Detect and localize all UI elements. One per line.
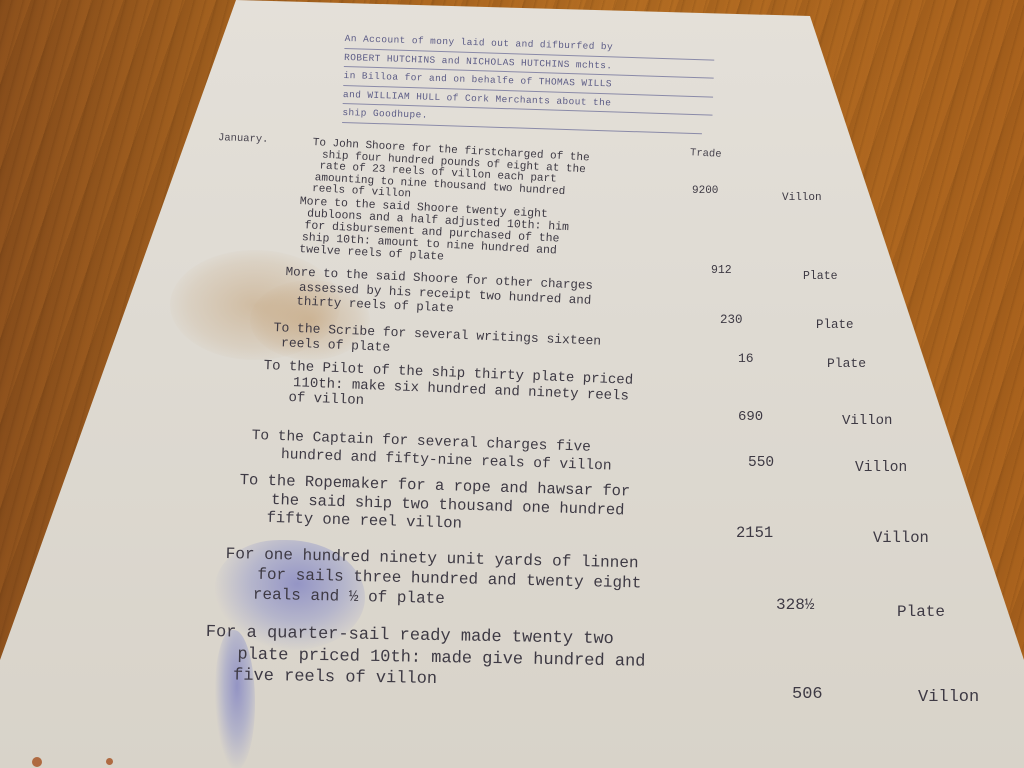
- entry-amount: 506: [792, 685, 823, 704]
- document-header: An Account of mony laid out and difburfe…: [342, 30, 715, 134]
- entry-currency: Plate: [827, 356, 866, 371]
- rust-spot: [32, 757, 42, 767]
- entry-amount: 328½: [776, 596, 814, 614]
- entry-amount: 550: [748, 455, 774, 471]
- entry-currency: Villon: [873, 529, 929, 547]
- entry-amount: 690: [738, 409, 763, 425]
- entry-amount: 230: [720, 313, 743, 327]
- rust-spot: [106, 758, 113, 765]
- entry-currency: Villon: [855, 460, 907, 476]
- entry-currency: Villon: [842, 413, 892, 429]
- entry-amount: 912: [711, 264, 732, 277]
- entry-currency: Villon: [918, 688, 979, 707]
- entry-currency: Plate: [803, 270, 838, 283]
- entry-currency: Villon: [782, 192, 822, 204]
- entry-amount: 2151: [736, 524, 773, 542]
- entry-amount: 9200: [692, 185, 718, 197]
- entry-description: For a quarter-sail ready made twenty two…: [205, 622, 646, 694]
- entry-currency: Plate: [897, 603, 945, 621]
- entry-description: For one hundred ninety unit yards of lin…: [225, 544, 642, 613]
- column-heading: Trade: [690, 147, 722, 161]
- entry-amount: 16: [738, 351, 754, 366]
- entry-description: To the Ropemaker for a rope and hawsar f…: [238, 471, 630, 538]
- month-label: January.: [218, 132, 269, 146]
- entry-currency: Plate: [816, 318, 854, 332]
